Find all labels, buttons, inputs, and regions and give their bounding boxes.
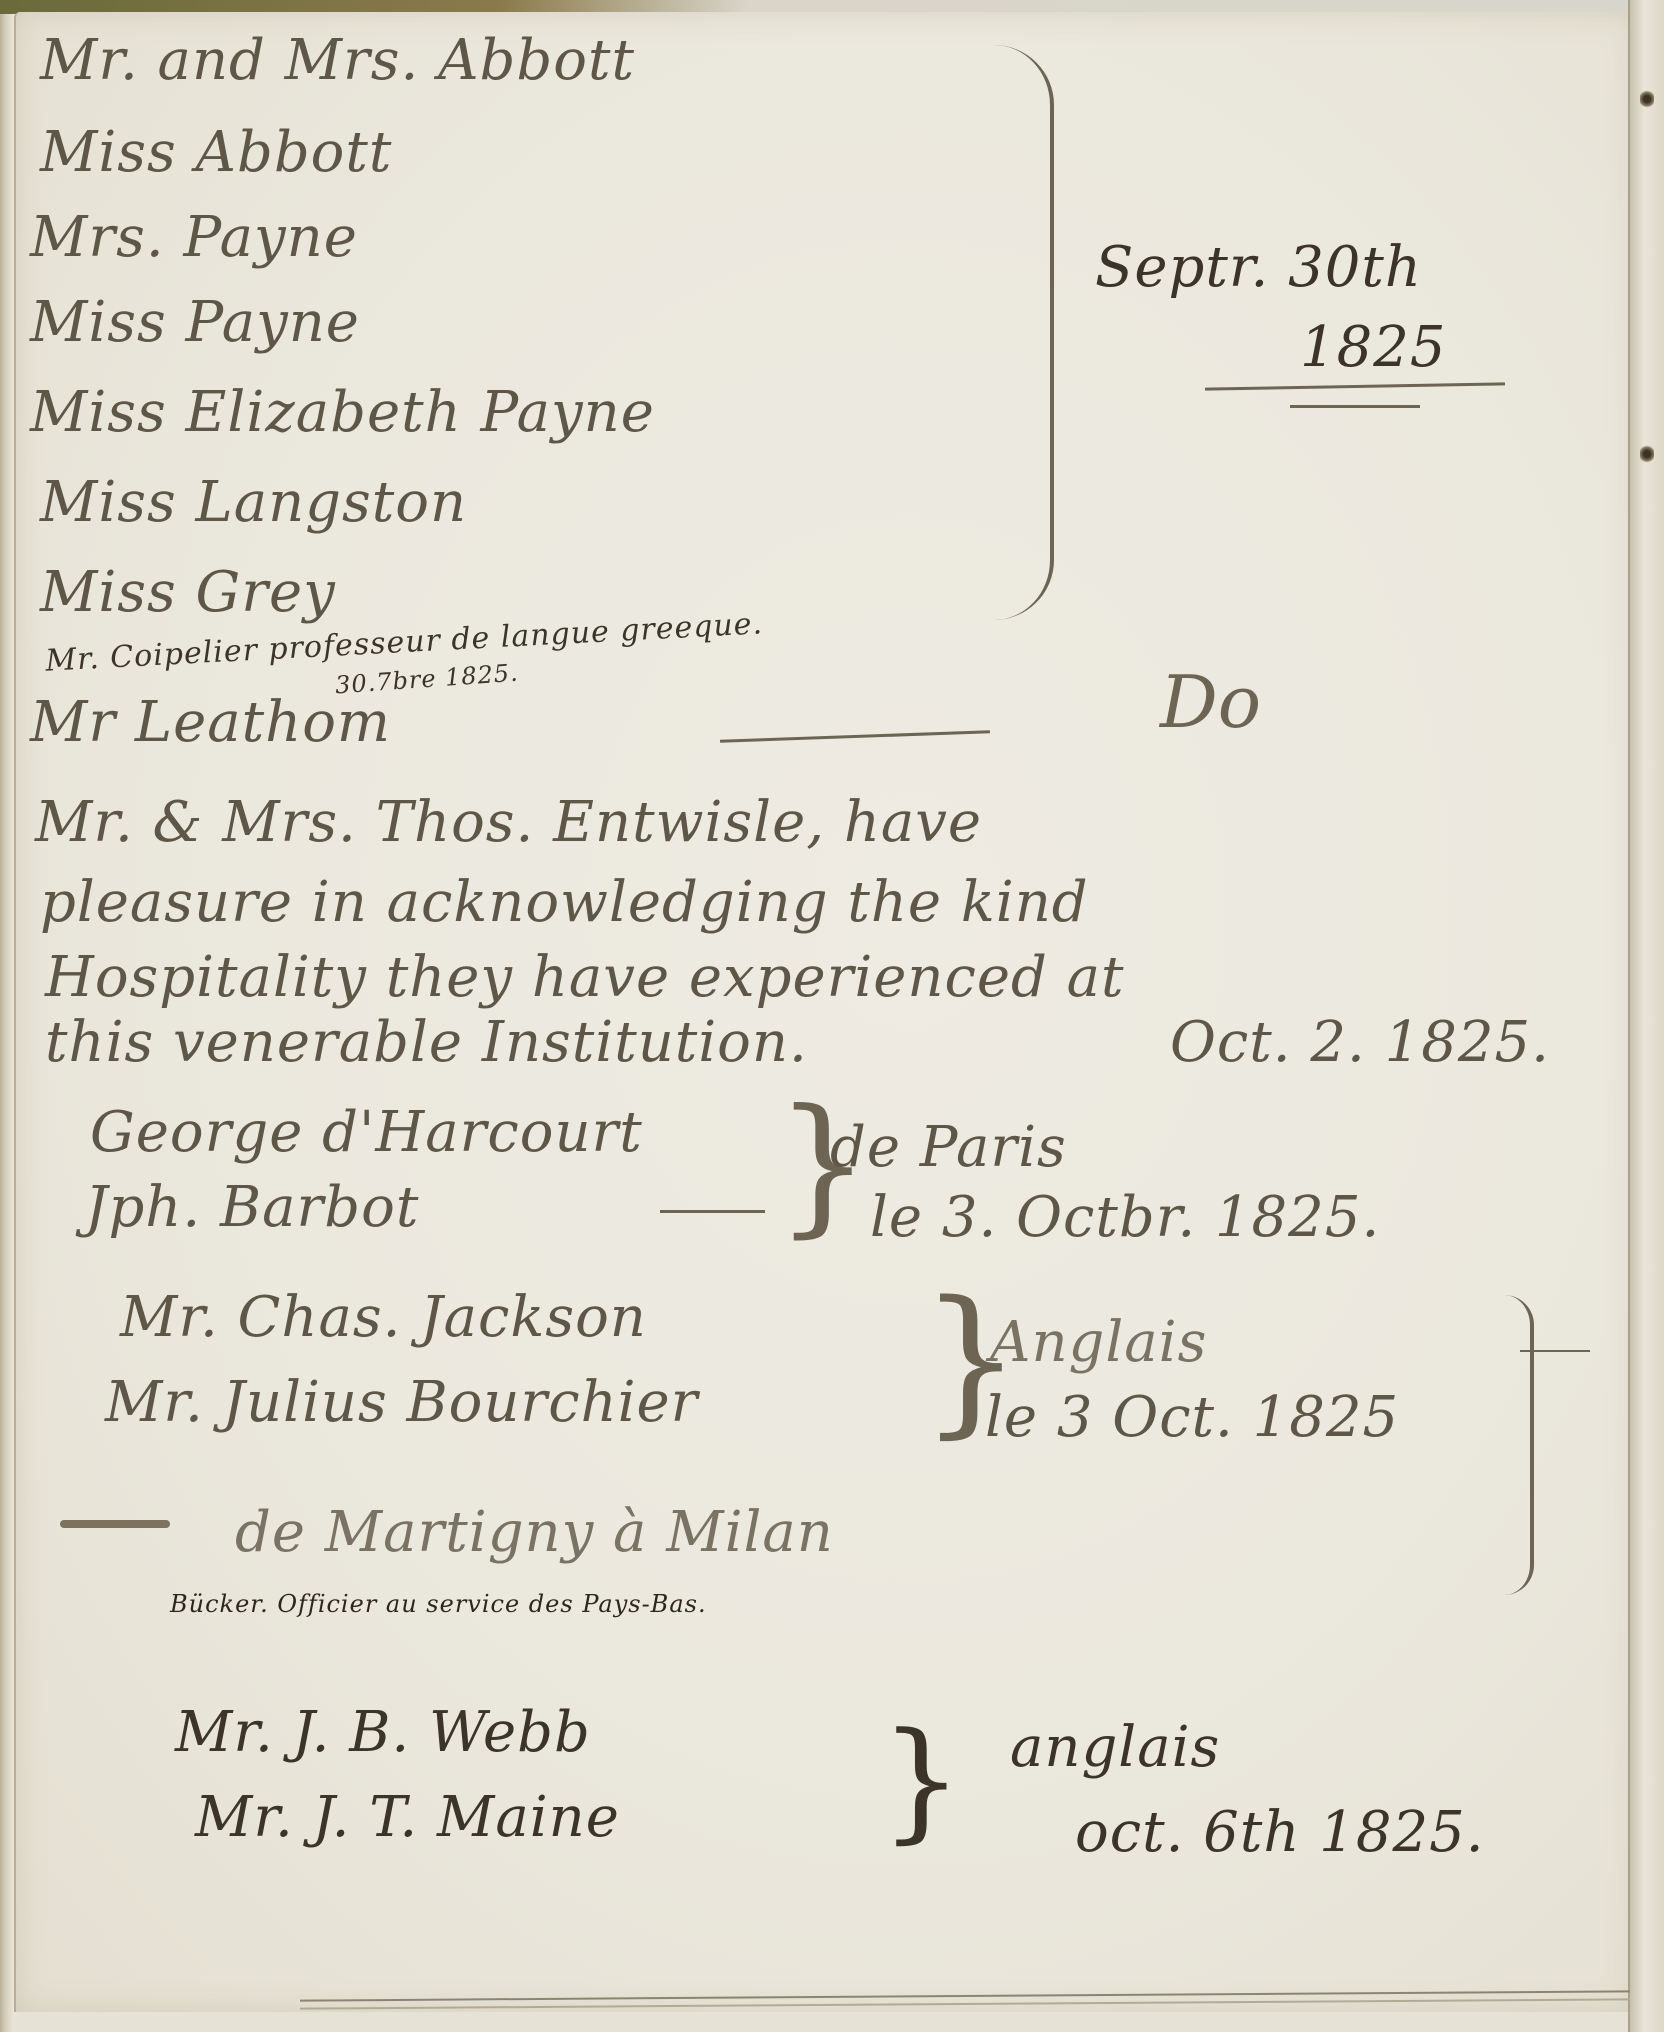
entry-date: oct. 6th 1825. <box>1075 1800 1485 1865</box>
entry-year: 1825 <box>1300 315 1447 380</box>
guest-name: Mr Leathom <box>30 690 391 755</box>
origin: de Paris <box>830 1115 1067 1180</box>
entry-date: le 3 Oct. 1825 <box>985 1385 1399 1450</box>
message-line: Hospitality they have experienced at <box>45 945 1125 1010</box>
guest-name: Mr. and Mrs. Abbott <box>40 28 635 93</box>
guest-name: Miss Elizabeth Payne <box>30 380 655 445</box>
bracket-brace: } <box>880 1715 963 1845</box>
guest-name: Mr. Julius Bourchier <box>105 1370 698 1435</box>
guest-name: Mr. J. B. Webb <box>175 1700 591 1765</box>
book-background: Mr. and Mrs. Abbott Miss Abbott Mrs. Pay… <box>0 0 1664 2032</box>
dash-line <box>1520 1350 1590 1352</box>
guest-name: Miss Langston <box>40 470 467 535</box>
entry-date: Oct. 2. 1825. <box>1170 1010 1550 1075</box>
guest-name: Miss Abbott <box>40 120 392 185</box>
travel-route: de Martigny à Milan <box>235 1500 834 1565</box>
guest-name: Mrs. Payne <box>30 205 358 270</box>
underline <box>1290 405 1420 408</box>
binding-stitch <box>1640 445 1654 463</box>
annotation-text: Bücker. Officier au service des Pays-Bas… <box>170 1590 707 1618</box>
guest-name: Mr. J. T. Maine <box>195 1785 620 1850</box>
guest-name: Jph. Barbot <box>85 1175 419 1240</box>
entry-date: le 3. Octbr. 1825. <box>870 1185 1380 1250</box>
dash-line <box>660 1210 765 1213</box>
page-gutter <box>1628 0 1664 2032</box>
bracket-brace <box>960 45 1054 620</box>
origin: Anglais <box>990 1310 1207 1375</box>
binding-stitch <box>1640 90 1654 108</box>
message-line: pleasure in acknowledging the kind <box>40 870 1089 935</box>
message-line: this venerable Institution. <box>45 1010 808 1075</box>
bracket-brace <box>1470 1295 1534 1595</box>
message-line: Mr. & Mrs. Thos. Entwisle, have <box>35 790 982 855</box>
ditto-mark: Do <box>1160 660 1261 744</box>
origin: anglais <box>1010 1715 1220 1780</box>
guest-name: George d'Harcourt <box>90 1100 643 1165</box>
guest-name: Miss Payne <box>30 290 360 355</box>
entry-date: Septr. 30th <box>1095 235 1422 300</box>
guest-name: Miss Grey <box>40 560 336 625</box>
guest-name: Mr. Chas. Jackson <box>120 1285 647 1350</box>
ink-mark <box>60 1520 170 1528</box>
